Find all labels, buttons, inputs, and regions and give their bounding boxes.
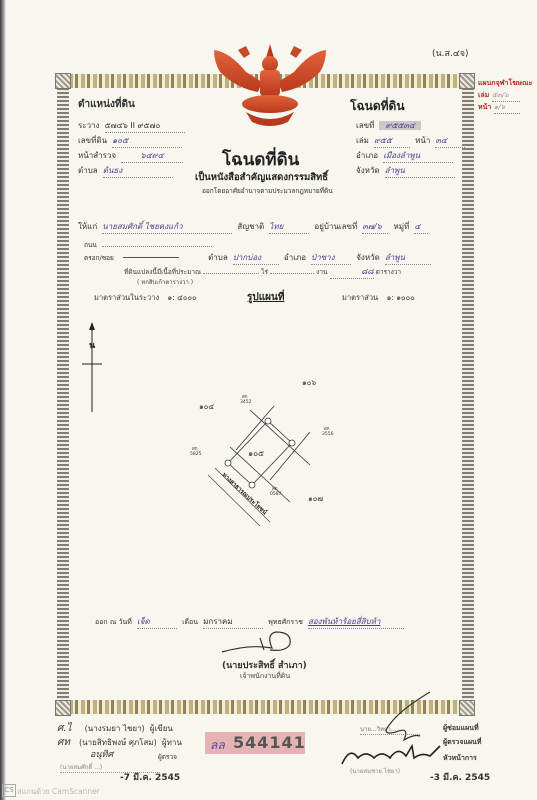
decorative-border-left: [57, 74, 69, 714]
camscanner-watermark: สแกนด้วย CamScanner: [17, 786, 100, 798]
officer-name: (นายประสิทธิ์ สำเภา): [222, 658, 307, 672]
issue-month-label: เดือน: [182, 618, 198, 626]
rai-label: ไร่: [261, 268, 268, 276]
issue-year: สองพันห้าร้อยสี่สิบห้า: [308, 615, 404, 629]
nationality-label: สัญชาติ: [237, 222, 264, 231]
side-note-line1: แผนกจุฬาโฆษณะ: [478, 78, 532, 89]
side-note-page-value: ๑/๖: [494, 102, 520, 114]
area-note: ( หกสิบเก้าตารางวา ): [137, 277, 193, 287]
left-date-stamp: -7 มี.ค. 2545: [120, 770, 180, 784]
map-scale-label: มาตราส่วน: [342, 293, 378, 302]
address-line: ตรอก/ซอย ตำบล ปากบ่อง อำเภอ ป่าซาง จังหว…: [84, 245, 431, 265]
map-scale-value: ๑: ๑๐๐๐: [387, 293, 415, 302]
location-subdistrict-value: ต้นธง: [103, 164, 173, 178]
svg-text:5825: 5825: [190, 451, 202, 457]
soi-label: ตรอก/ซอย: [84, 254, 114, 262]
svg-text:๑๐๖: ๑๐๖: [302, 378, 316, 387]
map-checker-role: ผู้ตรวจแผนที่: [443, 737, 481, 748]
owner-line: ให้แก่ นายสมศักดิ์ ไชยคงแก้ว สัญชาติ ไทย…: [78, 214, 428, 234]
side-note-book-value: ๕๓/๖: [492, 90, 520, 102]
svg-text:0587: 0587: [270, 491, 282, 497]
head-role: หัวหน้าการ: [443, 753, 477, 764]
deed-province-field: จังหวัด ลำพูน: [356, 158, 455, 178]
sqwa-label: ตารางวา: [376, 268, 402, 276]
corner-ornament: [459, 73, 475, 89]
head-signature-icon: [340, 742, 444, 766]
address-subdistrict-value: ปากบ่อง: [233, 251, 279, 265]
garuda-emblem-icon: [210, 42, 330, 130]
corner-ornament: [55, 73, 71, 89]
document-title: โฉนดที่ดิน: [222, 146, 299, 173]
sqwa-value: ๘๘: [330, 265, 374, 279]
svg-text:๑๐๕: ๑๐๕: [248, 449, 264, 458]
ngan-label: งาน: [316, 268, 327, 276]
sheet-scale-value: ๑: ๔๐๐๐: [168, 293, 197, 302]
checker-role: ผู้ทาน: [162, 738, 182, 747]
side-note-page-label: หน้า: [478, 103, 491, 111]
nationality-value: ไทย: [269, 220, 309, 234]
moo-label: หมู่ที่: [394, 222, 410, 231]
side-note-page: หน้า ๑/๖: [478, 102, 520, 114]
officer-signature-icon: [220, 630, 310, 660]
house-no-value: ๓๗/๖: [362, 220, 388, 234]
svg-text:น: น: [89, 341, 96, 351]
soi-dash: [123, 257, 179, 258]
stamp-prefix: ลล: [210, 736, 225, 755]
location-subdistrict-field: ตำบล ต้นธง: [78, 158, 173, 178]
head-name: (นายสมชาย ไชยา): [350, 766, 400, 776]
side-note-book-label: เล่ม: [478, 91, 489, 99]
page-edge-shadow: [0, 0, 6, 800]
stamp-number: 544141: [233, 733, 306, 752]
plot-map: น ทางสาธารณประโยชน์ ๑๐๕ ๑๐๔ ๑๐๖ ๑๐๗ สก34…: [70, 320, 460, 610]
side-note-book: เล่ม ๕๓/๖: [478, 90, 520, 102]
map-scale: มาตราส่วน ๑: ๑๐๐๐: [342, 292, 415, 304]
corner-ornament: [459, 700, 475, 716]
form-code: (น.ส.๔จ): [432, 46, 468, 60]
corner-ornament: [55, 700, 71, 716]
right-date-stamp: -3 มี.ค. 2545: [430, 770, 490, 784]
inspector-signature-icon: อนุทิศ: [90, 747, 113, 761]
area-prefix: ที่ดินแปลงนี้มีเนื้อที่ประมาณ: [124, 268, 201, 276]
inspector-role: ผู้ตรวจ: [158, 752, 177, 762]
address-district-label: อำเภอ: [284, 253, 306, 262]
deed-province-value: ลำพูน: [385, 164, 455, 178]
svg-text:3452: 3452: [240, 399, 252, 405]
officer-title: เจ้าพนักงานที่ดิน: [240, 671, 290, 682]
svg-text:3556: 3556: [322, 431, 334, 437]
issued-by-text: ออกโดยอาศัยอำนาจตามประมวลกฎหมายที่ดิน: [202, 186, 333, 196]
camscanner-logo-icon: CS: [2, 784, 16, 797]
address-district-value: ป่าซาง: [311, 251, 351, 265]
house-no-label: อยู่บ้านเลขที่: [314, 222, 357, 231]
checker-initials-icon: ศท: [57, 737, 70, 748]
checker-name: (นายสิทธิพงษ์ ศุภโสม): [79, 738, 157, 747]
deed-province-label: จังหวัด: [356, 166, 380, 175]
issue-year-label: พุทธศักราช: [268, 618, 303, 626]
address-province-value: ลำพูน: [385, 251, 431, 265]
sheet-scale-label: มาตราส่วนในระวาง: [94, 293, 159, 302]
address-province-label: จังหวัด: [356, 253, 380, 262]
svg-text:๑๐๔: ๑๐๔: [199, 402, 214, 411]
north-arrow-icon: [82, 322, 102, 412]
issue-month: มกราคม: [203, 615, 263, 629]
location-subdistrict-label: ตำบล: [78, 166, 98, 175]
location-heading: ตำแหน่งที่ดิน: [78, 97, 135, 112]
svg-text:ทางสาธารณประโยชน์: ทางสาธารณประโยชน์: [221, 471, 270, 517]
document-subtitle: เป็นหนังสือสำคัญแสดงกรรมสิทธิ์: [195, 170, 328, 185]
svg-text:๑๐๗: ๑๐๗: [308, 494, 323, 503]
decorative-border-right: [462, 74, 474, 714]
ngan-value: [270, 273, 314, 274]
address-subdistrict-label: ตำบล: [208, 253, 228, 262]
owner-to-label: ให้แก่: [78, 222, 97, 231]
issue-prefix: ออก ณ วันที่: [95, 618, 132, 626]
issue-date-line: ออก ณ วันที่ เจ็ด เดือน มกราคม พุทธศักรา…: [95, 609, 404, 629]
rai-value: [203, 273, 259, 274]
issue-day: เจ็ด: [137, 615, 177, 629]
sheet-scale: มาตราส่วนในระวาง ๑: ๔๐๐๐: [94, 292, 197, 304]
map-title: รูปแผนที่: [247, 290, 284, 305]
moo-value: ๔: [414, 220, 428, 234]
checker-line: ศท (นายสิทธิพงษ์ ศุภโสม) ผู้ทาน: [57, 730, 182, 750]
